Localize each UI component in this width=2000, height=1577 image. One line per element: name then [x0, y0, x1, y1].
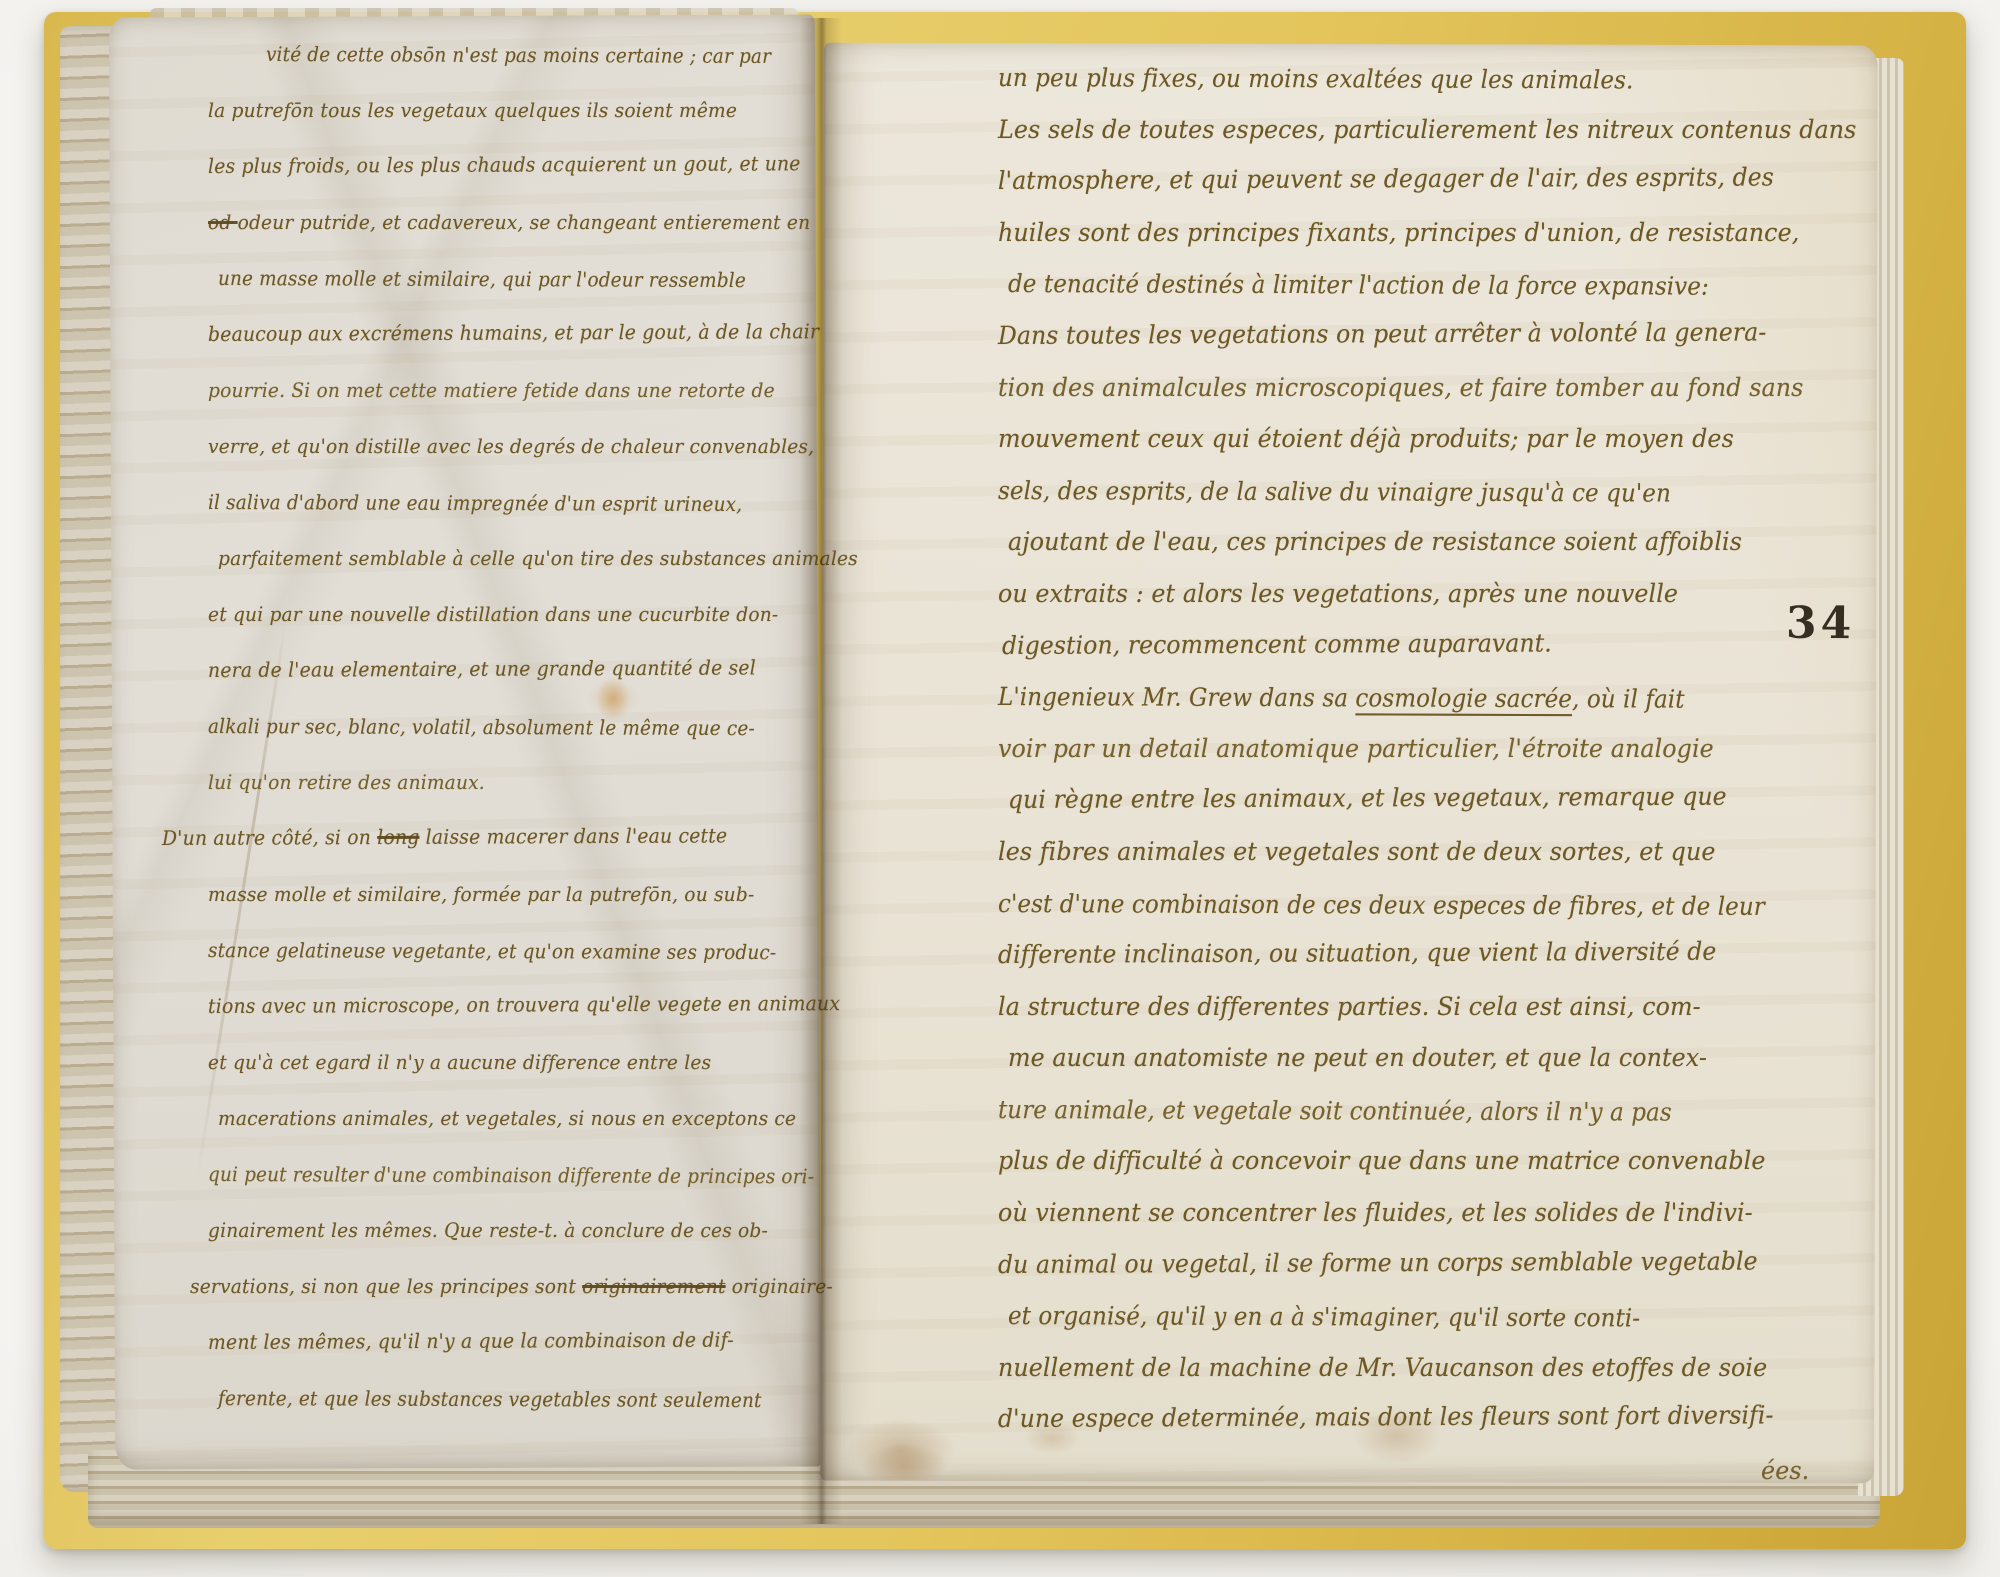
- manuscript-line: nuellement de la machine de Mr. Vaucanso…: [998, 1342, 1834, 1394]
- manuscript-line: Les sels de toutes especes, particuliere…: [998, 104, 1834, 156]
- manuscript-line: ferente, et que les substances vegetable…: [218, 1370, 772, 1428]
- manuscript-line: alkali pur sec, blanc, volatil, absolume…: [208, 698, 771, 756]
- manuscript-line: l'atmosphere, et qui peuvent se degager …: [998, 151, 1825, 206]
- manuscript-line: une masse molle et similaire, qui par l'…: [218, 250, 772, 308]
- manuscript-segment: parfaitement semblable à celle qu'on tir…: [218, 546, 858, 570]
- manuscript-line: les plus froids, ou les plus chauds acqu…: [208, 135, 784, 194]
- manuscript-line: et qui par une nouvelle distillation dan…: [208, 586, 777, 642]
- manuscript-line: stance gelatineuse vegetante, et qu'on e…: [208, 922, 771, 980]
- manuscript-line: nera de l'eau elementaire, et une grande…: [208, 639, 784, 698]
- manuscript-segment: odeur putride, et cadavereux, se changea…: [238, 210, 811, 234]
- manuscript-segment: pourrie. Si on met cette matiere fetide …: [208, 378, 775, 402]
- manuscript-line: pourrie. Si on met cette matiere fetide …: [208, 362, 777, 418]
- manuscript-segment: beaucoup aux excrémens humains, et par l…: [208, 319, 819, 346]
- manuscript-line: digestion, recommencent comme auparavant…: [1002, 616, 1826, 671]
- manuscript-line: d'une espece determinée, mais dont les f…: [998, 1390, 1825, 1445]
- manuscript-line: ajoutant de l'eau, ces principes de resi…: [1008, 516, 1835, 568]
- manuscript-line: qui peut resulter d'une combinaison diff…: [208, 1146, 771, 1204]
- manuscript-segment: Dans toutes les vegetations on peut arrê…: [998, 317, 1766, 350]
- manuscript-line: masse molle et similaire, formée par la …: [208, 866, 777, 922]
- photo-backdrop: vité de cette obsōn n'est pas moins cert…: [0, 0, 2000, 1577]
- manuscript-segment: les plus froids, ou les plus chauds acqu…: [208, 151, 801, 178]
- manuscript-segment-underlined: cosmologie sacrée: [1355, 683, 1572, 713]
- manuscript-segment: c'est d'une combinaison de ces deux espe…: [998, 889, 1765, 921]
- manuscript-segment: , où il fait: [1572, 684, 1685, 713]
- manuscript-segment: servations, si non que les principes son…: [190, 1274, 582, 1298]
- manuscript-segment: la putrefōn tous les vegetaux quelques i…: [208, 98, 737, 122]
- manuscript-line: ture animale, et vegetale soit continuée…: [998, 1084, 1808, 1139]
- manuscript-segment: du animal ou vegetal, il se forme un cor…: [998, 1246, 1758, 1279]
- manuscript-line: et organisé, qu'il y en a à s'imaginer, …: [1008, 1290, 1809, 1345]
- manuscript-segment: ajoutant de l'eau, ces principes de resi…: [1008, 527, 1742, 556]
- manuscript-segment: masse molle et similaire, formée par la …: [208, 882, 754, 906]
- manuscript-line: qui règne entre les animaux, et les vege…: [1008, 771, 1826, 826]
- manuscript-line: la putrefōn tous les vegetaux quelques i…: [208, 82, 777, 138]
- manuscript-line: ou extraits : et alors les vegetations, …: [998, 568, 1834, 620]
- manuscript-line: tions avec un microscope, on trouvera qu…: [208, 975, 784, 1034]
- manuscript-segment: la structure des differentes parties. Si…: [998, 992, 1701, 1021]
- manuscript-segment: une masse molle et similaire, qui par l'…: [218, 266, 746, 292]
- manuscript-text-left: vité de cette obsōn n'est pas moins cert…: [208, 26, 820, 1426]
- manuscript-segment: alkali pur sec, blanc, volatil, absolume…: [208, 714, 755, 740]
- manuscript-line: ées.: [998, 1445, 1834, 1497]
- page-number-stamp: 34: [1786, 598, 1876, 651]
- manuscript-line: od odeur putride, et cadavereux, se chan…: [208, 194, 777, 250]
- manuscript-line: c'est d'une combinaison de ces deux espe…: [998, 878, 1808, 933]
- manuscript-line: vité de cette obsōn n'est pas moins cert…: [266, 26, 776, 84]
- manuscript-segment: ginairement les mêmes. Que reste-t. à co…: [208, 1218, 768, 1242]
- manuscript-line: ginairement les mêmes. Que reste-t. à co…: [208, 1202, 777, 1258]
- manuscript-segment: et qui par une nouvelle distillation dan…: [208, 602, 778, 626]
- manuscript-text-right: un peu plus fixes, ou moins exaltées que…: [998, 52, 1878, 1497]
- manuscript-line: et qu'à cet egard il n'y a aucune differ…: [208, 1034, 777, 1090]
- manuscript-segment: L'ingenieux Mr. Grew dans sa: [998, 682, 1356, 712]
- manuscript-segment: originaire-: [726, 1274, 833, 1298]
- manuscript-segment: laisse macerer dans l'eau cette: [419, 823, 727, 848]
- manuscript-line: verre, et qu'on distille avec les degrés…: [208, 418, 777, 474]
- manuscript-line: D'un autre côté, si on long laisse macer…: [162, 807, 781, 866]
- manuscript-segment: ées.: [1761, 1456, 1809, 1485]
- manuscript-line: voir par un detail anatomique particulie…: [998, 723, 1834, 775]
- manuscript-line: les fibres animales et vegetales sont de…: [998, 826, 1834, 878]
- manuscript-segment: nuellement de la machine de Mr. Vaucanso…: [998, 1353, 1767, 1382]
- manuscript-line: où viennent se concentrer les fluides, e…: [998, 1187, 1834, 1239]
- manuscript-segment-struck: od: [208, 210, 238, 234]
- manuscript-segment-struck: long: [377, 825, 419, 849]
- manuscript-segment: l'atmosphere, et qui peuvent se degager …: [998, 163, 1774, 196]
- manuscript-line: huiles sont des principes fixants, princ…: [998, 207, 1834, 259]
- manuscript-segment: differente inclinaison, ou situation, qu…: [998, 937, 1717, 969]
- manuscript-segment: Les sels de toutes especes, particuliere…: [998, 115, 1856, 144]
- manuscript-segment: ou extraits : et alors les vegetations, …: [998, 579, 1678, 608]
- manuscript-segment: qui peut resulter d'une combinaison diff…: [208, 1162, 814, 1188]
- manuscript-line: un peu plus fixes, ou moins exaltées que…: [998, 52, 1808, 107]
- manuscript-segment: huiles sont des principes fixants, princ…: [998, 218, 1799, 247]
- manuscript-segment: et organisé, qu'il y en a à s'imaginer, …: [1008, 1301, 1640, 1332]
- manuscript-line: ment les mêmes, qu'il n'y a que la combi…: [208, 1311, 784, 1370]
- manuscript-segment: d'une espece determinée, mais dont les f…: [998, 1401, 1774, 1434]
- manuscript-line: beaucoup aux excrémens humains, et par l…: [208, 303, 784, 362]
- manuscript-segment: il saliva d'abord une eau impregnée d'un…: [208, 490, 742, 516]
- manuscript-line: lui qu'on retire des animaux.: [208, 754, 777, 810]
- manuscript-segment: un peu plus fixes, ou moins exaltées que…: [998, 63, 1634, 94]
- manuscript-segment: mouvement ceux qui étoient déjà produits…: [998, 424, 1734, 453]
- manuscript-segment: où viennent se concentrer les fluides, e…: [998, 1198, 1753, 1227]
- manuscript-segment: stance gelatineuse vegetante, et qu'on e…: [208, 938, 776, 964]
- manuscript-segment: verre, et qu'on distille avec les degrés…: [208, 434, 814, 458]
- manuscript-segment: digestion, recommencent comme auparavant…: [1002, 628, 1552, 660]
- manuscript-segment: et qu'à cet egard il n'y a aucune differ…: [208, 1050, 711, 1074]
- manuscript-line: L'ingenieux Mr. Grew dans sa cosmologie …: [998, 671, 1808, 726]
- manuscript-line: parfaitement semblable à celle qu'on tir…: [218, 530, 778, 586]
- manuscript-segment: voir par un detail anatomique particulie…: [998, 734, 1714, 763]
- manuscript-segment: ture animale, et vegetale soit continuée…: [998, 1095, 1672, 1127]
- manuscript-segment: tions avec un microscope, on trouvera qu…: [208, 991, 840, 1018]
- manuscript-line: differente inclinaison, ou situation, qu…: [998, 925, 1825, 980]
- manuscript-line: la structure des differentes parties. Si…: [998, 981, 1834, 1033]
- manuscript-segment: les fibres animales et vegetales sont de…: [998, 837, 1716, 866]
- manuscript-line: me aucun anatomiste ne peut en douter, e…: [1008, 1032, 1835, 1084]
- manuscript-line: macerations animales, et vegetales, si n…: [218, 1090, 778, 1146]
- manuscript-line: de tenacité destinés à limiter l'action …: [1008, 258, 1809, 313]
- manuscript-segment: ferente, et que les substances vegetable…: [218, 1386, 762, 1412]
- manuscript-segment-struck: originairement: [582, 1274, 726, 1298]
- manuscript-line: du animal ou vegetal, il se forme un cor…: [998, 1235, 1825, 1290]
- manuscript-segment: plus de difficulté à concevoir que dans …: [998, 1146, 1765, 1175]
- manuscript-segment: tion des animalcules microscopiques, et …: [998, 373, 1803, 402]
- manuscript-line: servations, si non que les principes son…: [190, 1258, 776, 1314]
- manuscript-line: il saliva d'abord une eau impregnée d'un…: [208, 474, 771, 532]
- manuscript-segment: qui règne entre les animaux, et les vege…: [1008, 782, 1727, 814]
- manuscript-segment: vité de cette obsōn n'est pas moins cert…: [266, 42, 771, 68]
- manuscript-segment: D'un autre côté, si on: [162, 825, 377, 850]
- manuscript-segment: nera de l'eau elementaire, et une grande…: [208, 655, 756, 682]
- manuscript-line: Dans toutes les vegetations on peut arrê…: [998, 306, 1825, 361]
- manuscript-line: mouvement ceux qui étoient déjà produits…: [998, 413, 1834, 465]
- manuscript-segment: lui qu'on retire des animaux.: [208, 770, 485, 794]
- manuscript-segment: me aucun anatomiste ne peut en douter, e…: [1008, 1043, 1707, 1072]
- manuscript-line: tion des animalcules microscopiques, et …: [998, 362, 1834, 414]
- manuscript-segment: ment les mêmes, qu'il n'y a que la combi…: [208, 1328, 734, 1354]
- manuscript-line: sels, des esprits, de la salive du vinai…: [998, 465, 1808, 520]
- manuscript-segment: de tenacité destinés à limiter l'action …: [1008, 269, 1709, 301]
- manuscript-line: plus de difficulté à concevoir que dans …: [998, 1135, 1834, 1187]
- manuscript-segment: macerations animales, et vegetales, si n…: [218, 1106, 796, 1130]
- manuscript-segment: sels, des esprits, de la salive du vinai…: [998, 476, 1671, 508]
